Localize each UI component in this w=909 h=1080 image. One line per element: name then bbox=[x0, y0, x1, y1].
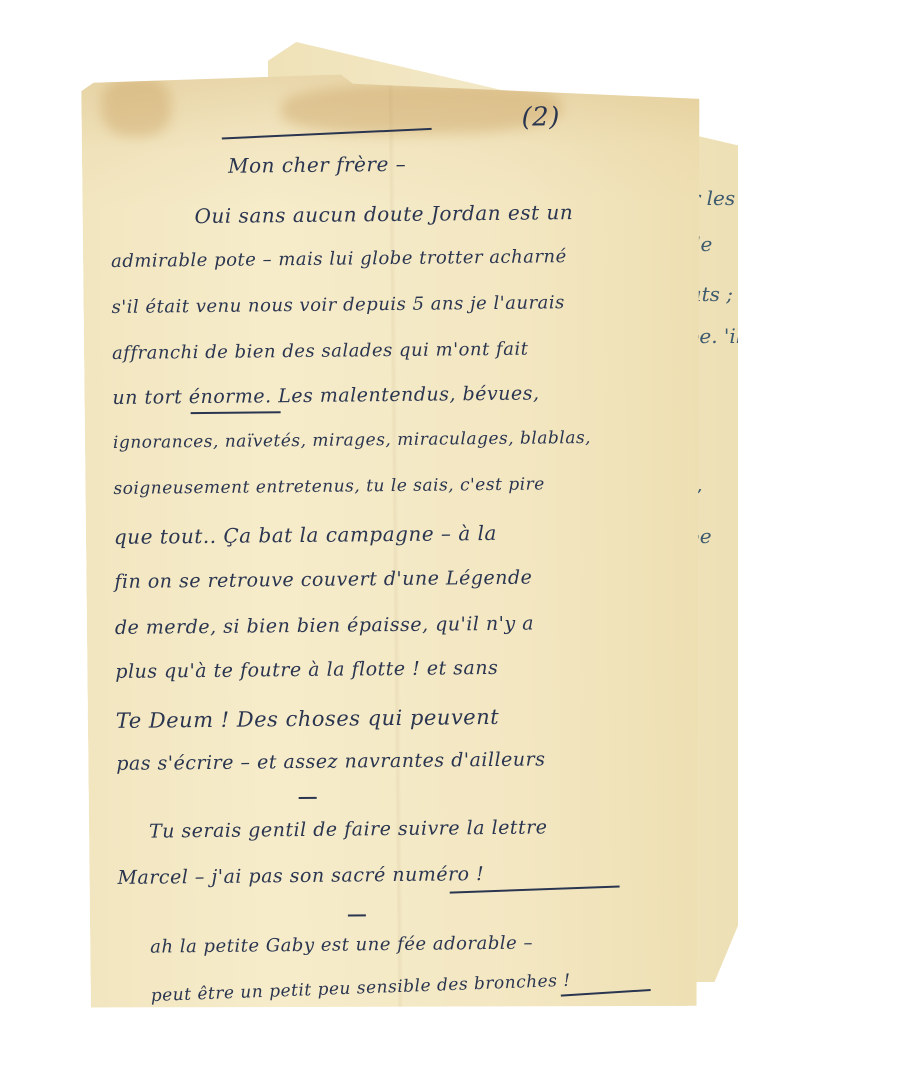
letter-line: plus qu'à te foutre à la flotte ! et san… bbox=[115, 657, 498, 683]
letter-line: pas s'écrire – et assez navrantes d'aill… bbox=[116, 748, 545, 774]
underline-bronches bbox=[561, 989, 651, 996]
water-stain bbox=[101, 76, 172, 137]
letter-line: soigneusement entretenus, tu le sais, c'… bbox=[113, 474, 545, 499]
letter-line: Marcel – j'ai pas son sacré numéro ! bbox=[117, 863, 484, 889]
letter-line: affranchi de bien des salades qui m'ont … bbox=[112, 339, 529, 364]
letter-line: que tout.. Ça bat la campagne – à la bbox=[114, 521, 497, 549]
letter-line: admirable pote – mais lui globe trotter … bbox=[111, 246, 567, 272]
salutation: Mon cher frère – bbox=[228, 152, 406, 178]
letter-line: ah la petite Gaby est une fée adorable – bbox=[150, 933, 533, 958]
letter-line: ignorances, naïvetés, mirages, miraculag… bbox=[113, 428, 591, 453]
letter-line: un tort énorme. Les malentendus, bévues, bbox=[112, 382, 539, 408]
letter-line: Oui sans aucun doute Jordan est un bbox=[194, 200, 573, 228]
letter-line: fin on se retrouve couvert d'une Légende bbox=[114, 567, 532, 593]
front-sheet: au Dauzenrt (2) Mon cher frère – Oui san… bbox=[81, 71, 709, 1012]
section-dash bbox=[299, 797, 317, 799]
underline-enorme bbox=[191, 411, 281, 413]
letter-line: de merde, si bien bien épaisse, qu'il n'… bbox=[115, 613, 534, 639]
section-dash bbox=[348, 914, 366, 916]
letter-line: s'il était venu nous voir depuis 5 ans j… bbox=[111, 292, 565, 318]
pencil-annotation: au Dauzenrt bbox=[541, 78, 609, 92]
underline-numero bbox=[450, 885, 620, 893]
water-stain bbox=[281, 82, 562, 135]
letter-line: Te Deum ! Des choses qui peuvent bbox=[116, 705, 500, 733]
page-number: (2) bbox=[521, 102, 560, 132]
letter-line: peut être un petit peu sensible des bron… bbox=[150, 971, 571, 1006]
letter-line: Tu serais gentil de faire suivre la lett… bbox=[149, 816, 548, 842]
